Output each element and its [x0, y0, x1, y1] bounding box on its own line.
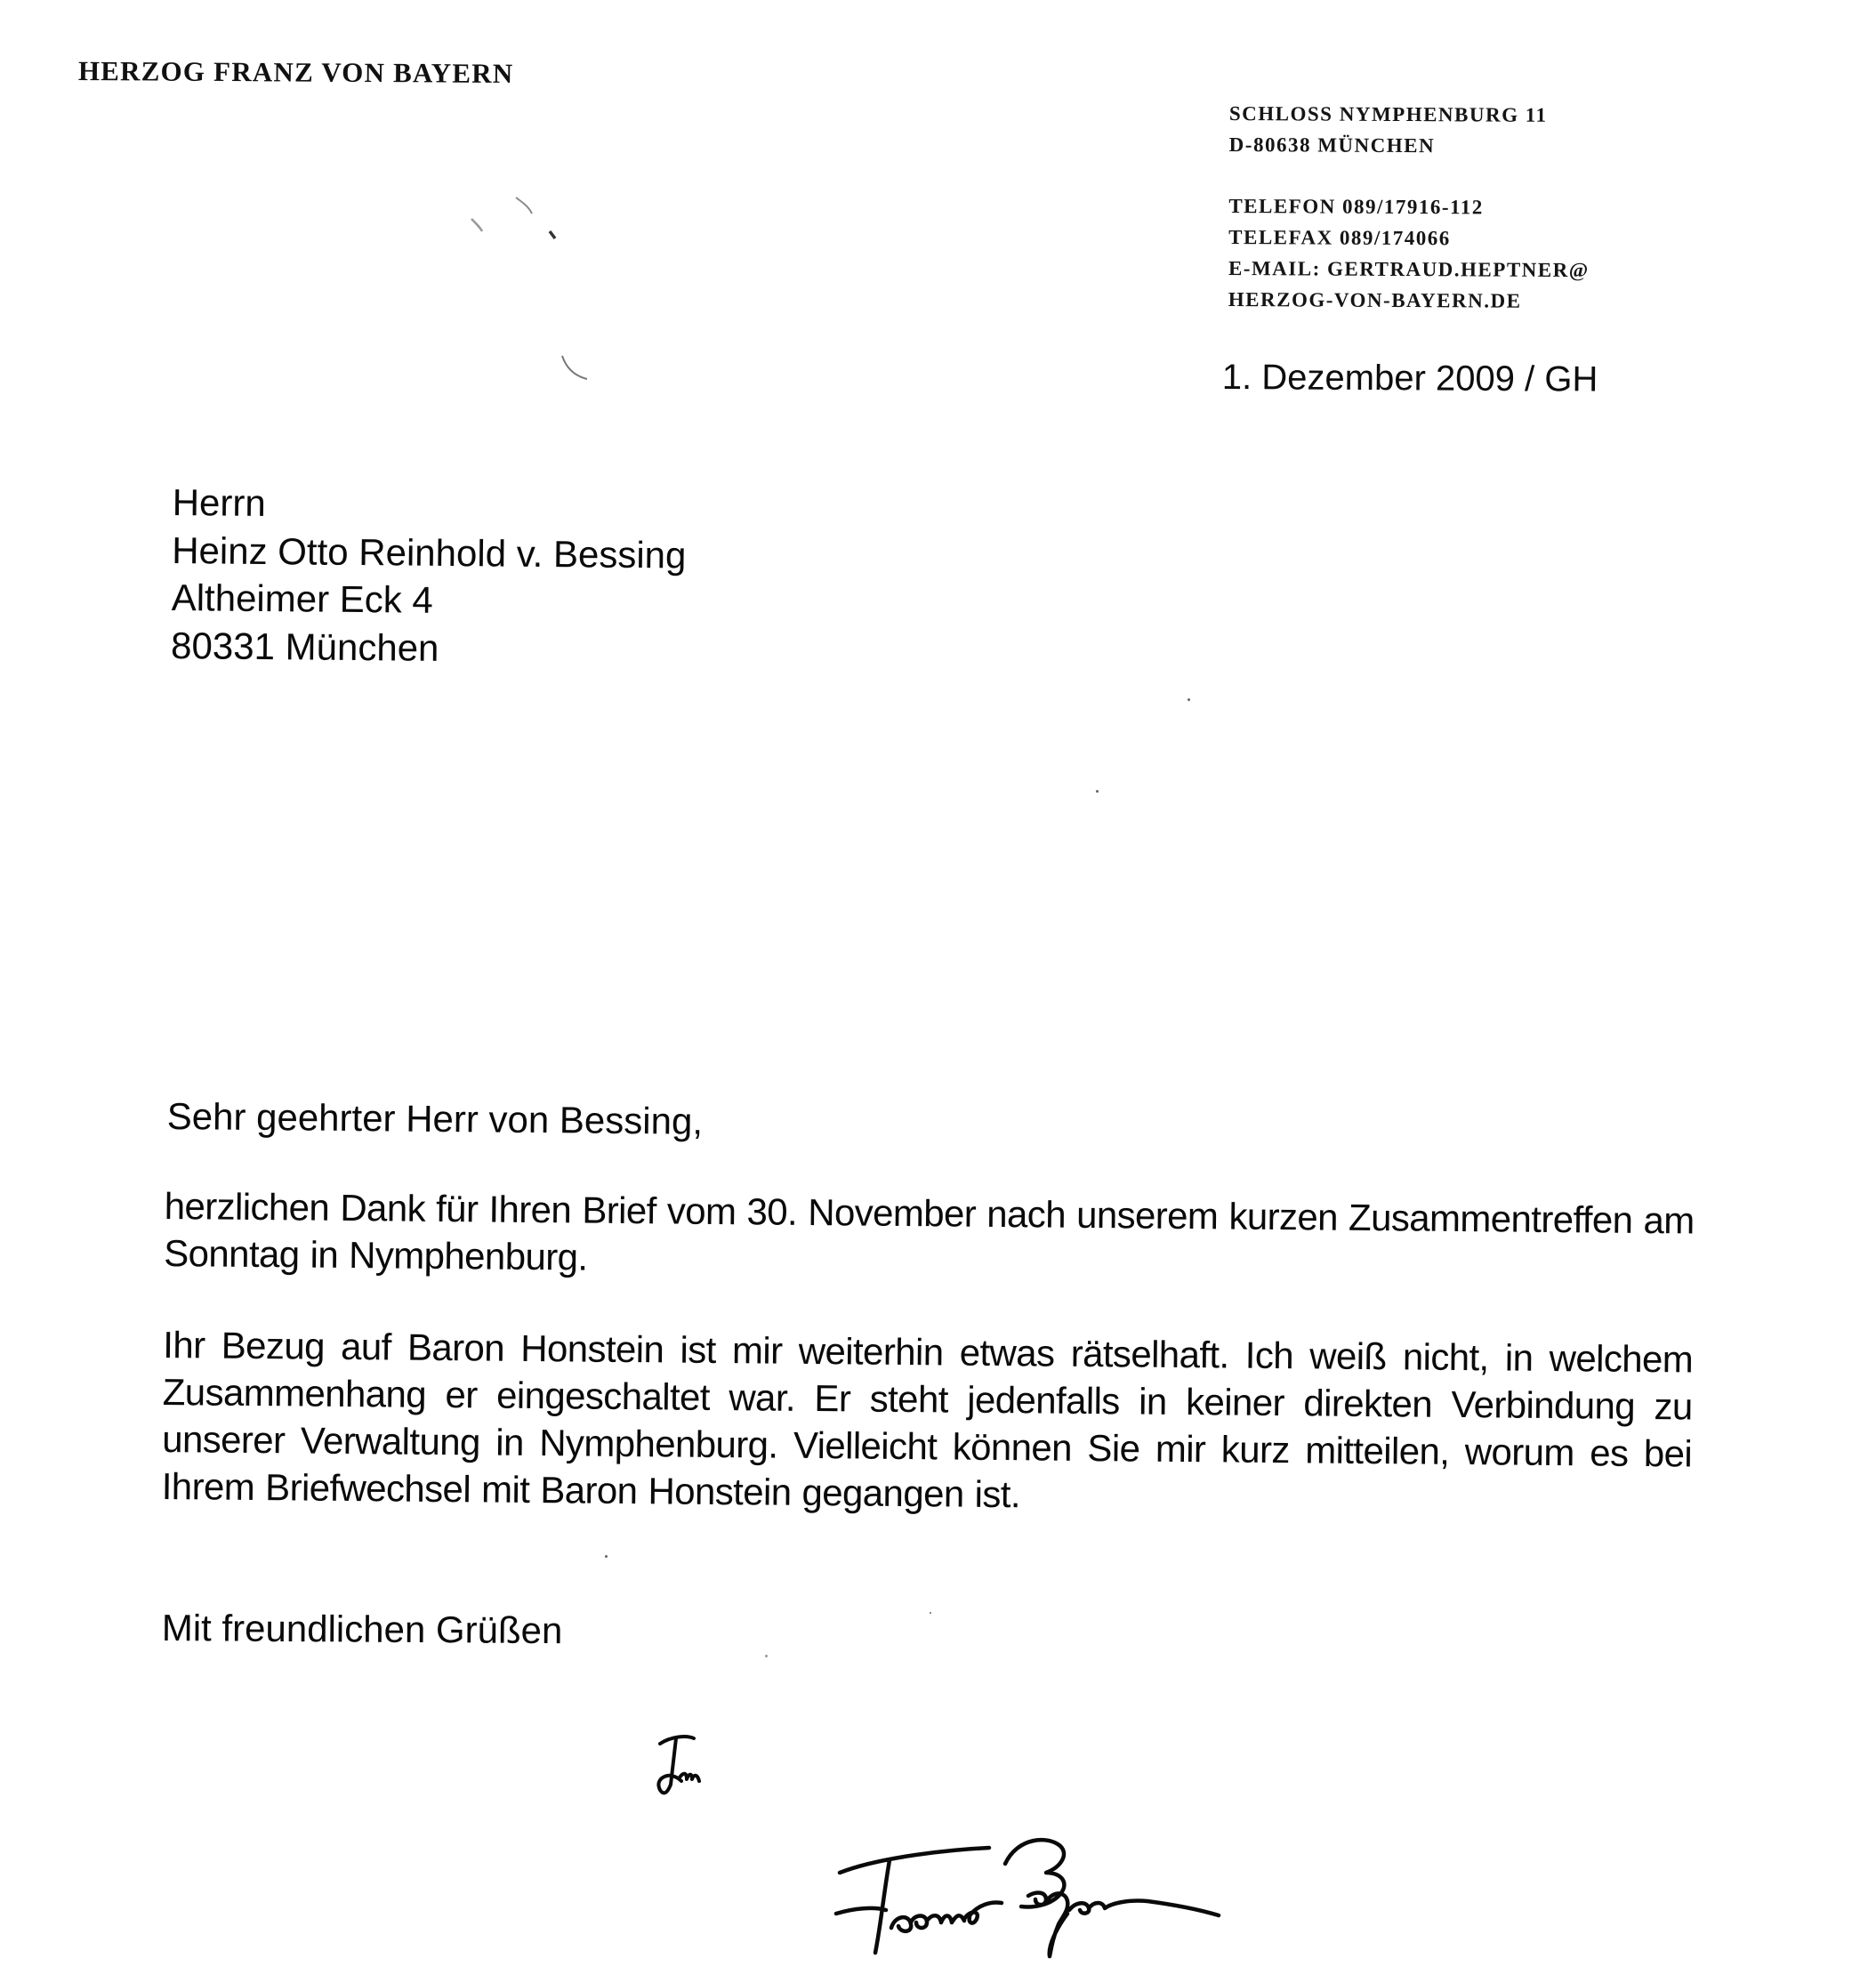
handwritten-initials-mark: [640, 1733, 756, 1813]
recipient-salutation-word: Herrn: [172, 479, 687, 531]
letterhead-email-line-2: HERZOG-VON-BAYERN.DE: [1228, 284, 1590, 317]
letter-page: HERZOG FRANZ VON BAYERN SCHLOSS NYMPHENB…: [0, 0, 1876, 1983]
recipient-city: 80331 München: [171, 621, 686, 673]
letter-salutation: Sehr geehrter Herr von Bessing,: [166, 1092, 1695, 1154]
recipient-name: Heinz Otto Reinhold v. Bessing: [172, 526, 687, 578]
letterhead-address-line-1: SCHLOSS NYMPHENBURG 11: [1229, 98, 1590, 131]
scan-speck: [765, 1655, 768, 1657]
letterhead-phone: TELEFON 089/17916-112: [1228, 190, 1590, 223]
letter-body: Sehr geehrter Herr von Bessing, herzlich…: [161, 1092, 1695, 1567]
scan-speck: [605, 1555, 608, 1558]
letterhead-spacer: [1228, 160, 1590, 192]
recipient-street: Altheimer Eck 4: [171, 574, 686, 626]
letterhead-contact-block: SCHLOSS NYMPHENBURG 11 D-80638 MÜNCHEN T…: [1228, 98, 1590, 317]
scan-speck: [1188, 698, 1190, 701]
letterhead-fax: TELEFAX 089/174066: [1228, 222, 1590, 254]
scan-speck: [1096, 790, 1099, 793]
handwritten-signature: [827, 1828, 1290, 1962]
letter-closing: Mit freundlichen Grüßen: [162, 1607, 563, 1652]
letterhead-email-line-1: E-MAIL: GERTRAUD.HEPTNER@: [1228, 253, 1590, 286]
scan-artifact-marks: [445, 169, 623, 383]
body-paragraph-2: Ihr Bezug auf Baron Honstein ist mir wei…: [161, 1321, 1693, 1525]
letter-date: 1. Dezember 2009 / GH: [1222, 358, 1598, 400]
body-paragraph-1: herzlichen Dank für Ihren Brief vom 30. …: [164, 1182, 1695, 1292]
letterhead-address-line-2: D-80638 MÜNCHEN: [1229, 129, 1590, 162]
recipient-address: Herrn Heinz Otto Reinhold v. Bessing Alt…: [171, 479, 687, 674]
letterhead-sender-name: HERZOG FRANZ VON BAYERN: [78, 55, 514, 90]
scan-speck: [930, 1612, 931, 1614]
